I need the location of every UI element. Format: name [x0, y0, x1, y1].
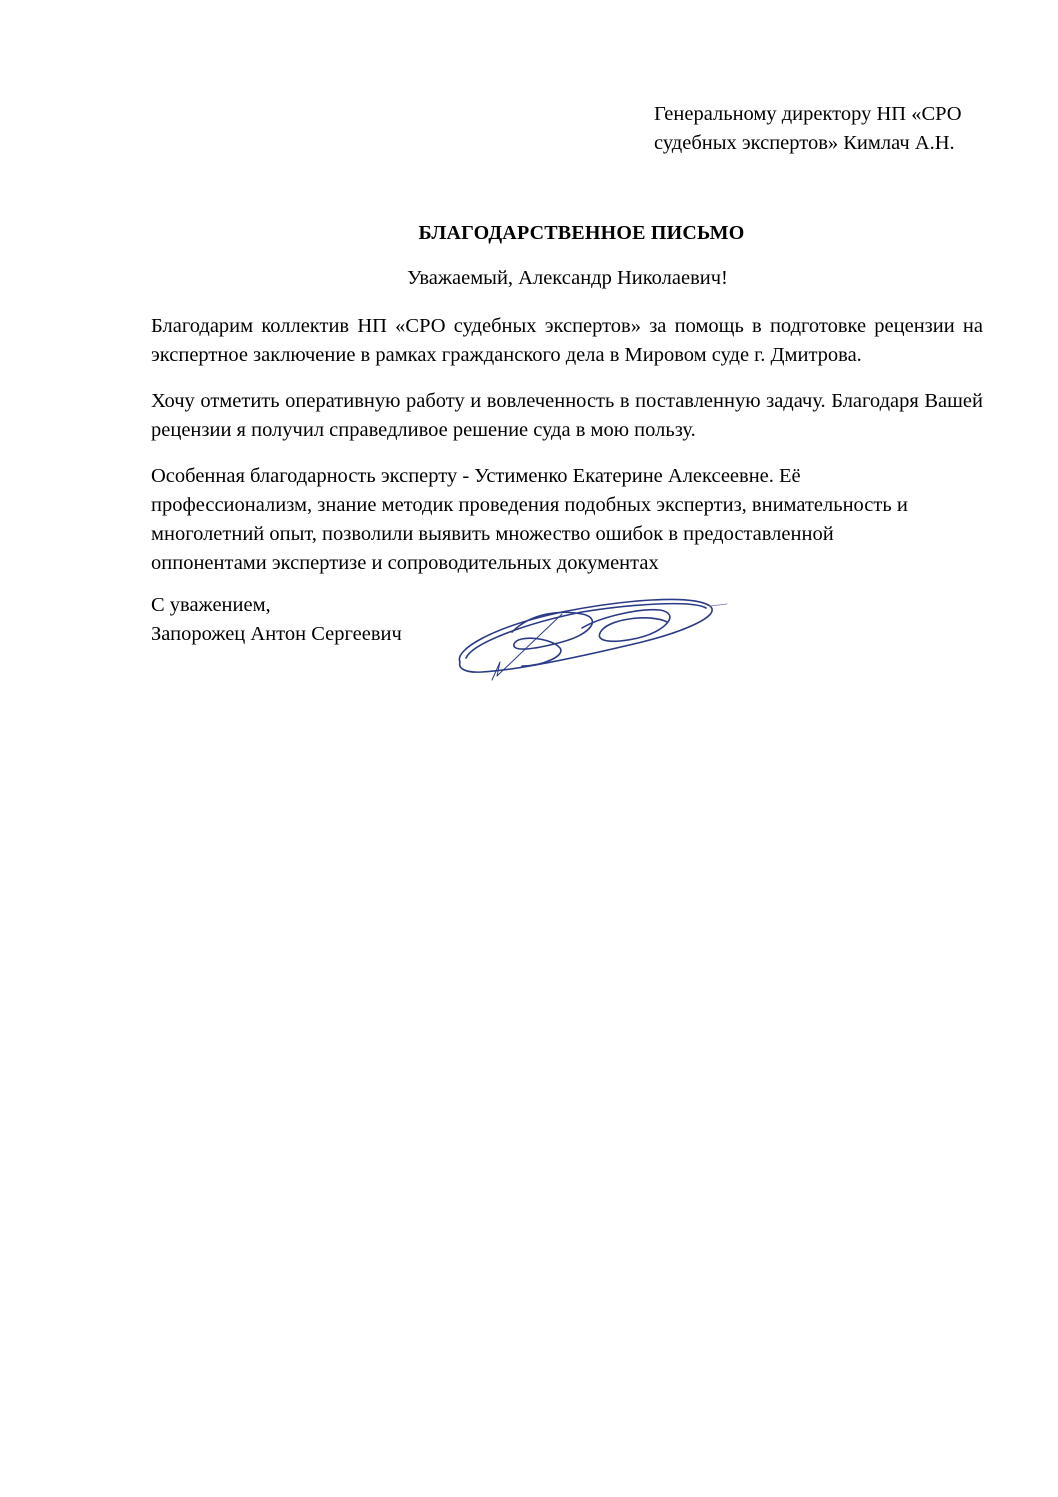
paragraph-expert-line-4: оппонентами экспертизе и сопроводительны… — [151, 549, 983, 578]
closing-regards: С уважением, — [151, 591, 402, 620]
closing-block: С уважением, Запорожец Антон Сергеевич — [151, 591, 402, 649]
paragraph-gratitude: Благодарим коллектив НП «СРО судебных эк… — [151, 312, 983, 370]
paragraph-outcome: Хочу отметить оперативную работу и вовле… — [151, 387, 983, 445]
paragraph-expert-line-2: профессионализм, знание методик проведен… — [151, 491, 983, 520]
paragraph-expert-line-3: многолетний опыт, позволили выявить множ… — [151, 520, 983, 549]
signature-icon — [452, 592, 732, 684]
letter-title: БЛАГОДАРСТВЕННОЕ ПИСЬМО — [0, 222, 1058, 245]
addressee-line-1: Генеральному директору НП «СРО — [654, 100, 1014, 129]
addressee-block: Генеральному директору НП «СРО судебных … — [654, 100, 1014, 158]
signer-name: Запорожец Антон Сергеевич — [151, 620, 402, 649]
addressee-line-2: судебных экспертов» Кимлач А.Н. — [654, 129, 1014, 158]
letter-page: Генеральному директору НП «СРО судебных … — [0, 0, 1058, 1497]
salutation: Уважаемый, Александр Николаевич! — [0, 267, 1058, 290]
paragraph-expert-thanks: Особенная благодарность эксперту - Устим… — [151, 462, 983, 578]
paragraph-expert-line-1: Особенная благодарность эксперту - Устим… — [151, 462, 983, 491]
